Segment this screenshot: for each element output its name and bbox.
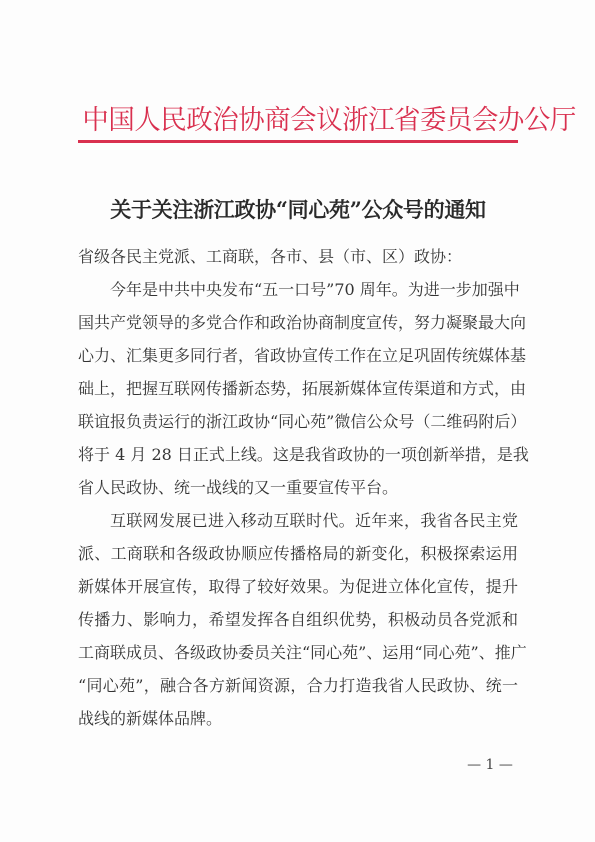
salutation: 省级各民主党派、工商联，各市、县（市、区）政协： bbox=[78, 240, 518, 273]
paragraph-line: 战线的新媒体品牌。 bbox=[78, 702, 518, 735]
paragraph-line: 心力、汇集更多同行者，省政协宣传工作在立足巩固传统媒体基 bbox=[78, 339, 518, 372]
paragraph-2: 互联网发展已进入移动互联时代。近年来，我省各民主党 派、工商联和各级政协顺应传播… bbox=[78, 504, 518, 735]
paragraph-line: 传播力、影响力，希望发挥各自组织优势，积极动员各党派和 bbox=[78, 603, 518, 636]
paragraph-line: 联谊报负责运行的浙江政协“同心苑”微信公众号（二维码附后） bbox=[78, 405, 518, 438]
page-number: — 1 — bbox=[460, 757, 520, 773]
paragraph-line: 新媒体开展宣传，取得了较好效果。为促进立体化宣传，提升 bbox=[78, 570, 518, 603]
document-body: 省级各民主党派、工商联，各市、县（市、区）政协： 今年是中共中央发布“五一口号”… bbox=[78, 240, 518, 735]
organization-header: 中国人民政治协商会议浙江省委员会办公厅 bbox=[82, 98, 513, 137]
paragraph-line: 今年是中共中央发布“五一口号”70 周年。为进一步加强中 bbox=[78, 273, 518, 306]
paragraph-line: 将于 4 月 28 日正式上线。这是我省政协的一项创新举措，是我 bbox=[78, 438, 518, 471]
paragraph-line: 派、工商联和各级政协顺应传播格局的新变化，积极探索运用 bbox=[78, 537, 518, 570]
paragraph-line: 础上，把握互联网传播新态势，拓展新媒体宣传渠道和方式，由 bbox=[78, 372, 518, 405]
document-title: 关于关注浙江政协“同心苑”公众号的通知 bbox=[78, 194, 518, 224]
paragraph-line: 工商联成员、各级政协委员关注“同心苑”、运用“同心苑”、推广 bbox=[78, 636, 518, 669]
paragraph-1: 今年是中共中央发布“五一口号”70 周年。为进一步加强中 国共产党领导的多党合作… bbox=[78, 273, 518, 504]
paragraph-line: 互联网发展已进入移动互联时代。近年来，我省各民主党 bbox=[78, 504, 518, 537]
document-page: 中国人民政治协商会议浙江省委员会办公厅 关于关注浙江政协“同心苑”公众号的通知 … bbox=[0, 0, 595, 842]
red-header-rule bbox=[78, 140, 518, 143]
paragraph-line: 省人民政协、统一战线的又一重要宣传平台。 bbox=[78, 471, 518, 504]
paragraph-line: 国共产党领导的多党合作和政治协商制度宣传，努力凝聚最大向 bbox=[78, 306, 518, 339]
paragraph-line: “同心苑”，融合各方新闻资源，合力打造我省人民政协、统一 bbox=[78, 669, 518, 702]
